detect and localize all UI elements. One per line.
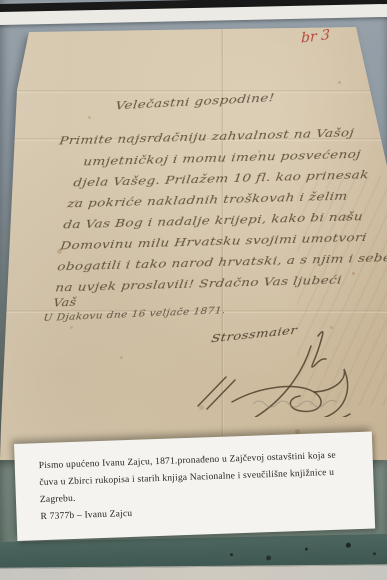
- foxing-spots: [0, 26, 3, 29]
- pencil-note: [250, 394, 345, 410]
- caption-card: Pismo upućeno Ivanu Zajcu, 1871.pronađen…: [14, 432, 375, 541]
- bottom-light-strip: [0, 564, 387, 580]
- handwritten-closing: Vaš: [53, 297, 77, 308]
- photo-of-archival-letter: br 3 Velečastni gospodine! Primite najsr…: [0, 0, 387, 580]
- paper-horizontal-crease: [0, 90, 387, 93]
